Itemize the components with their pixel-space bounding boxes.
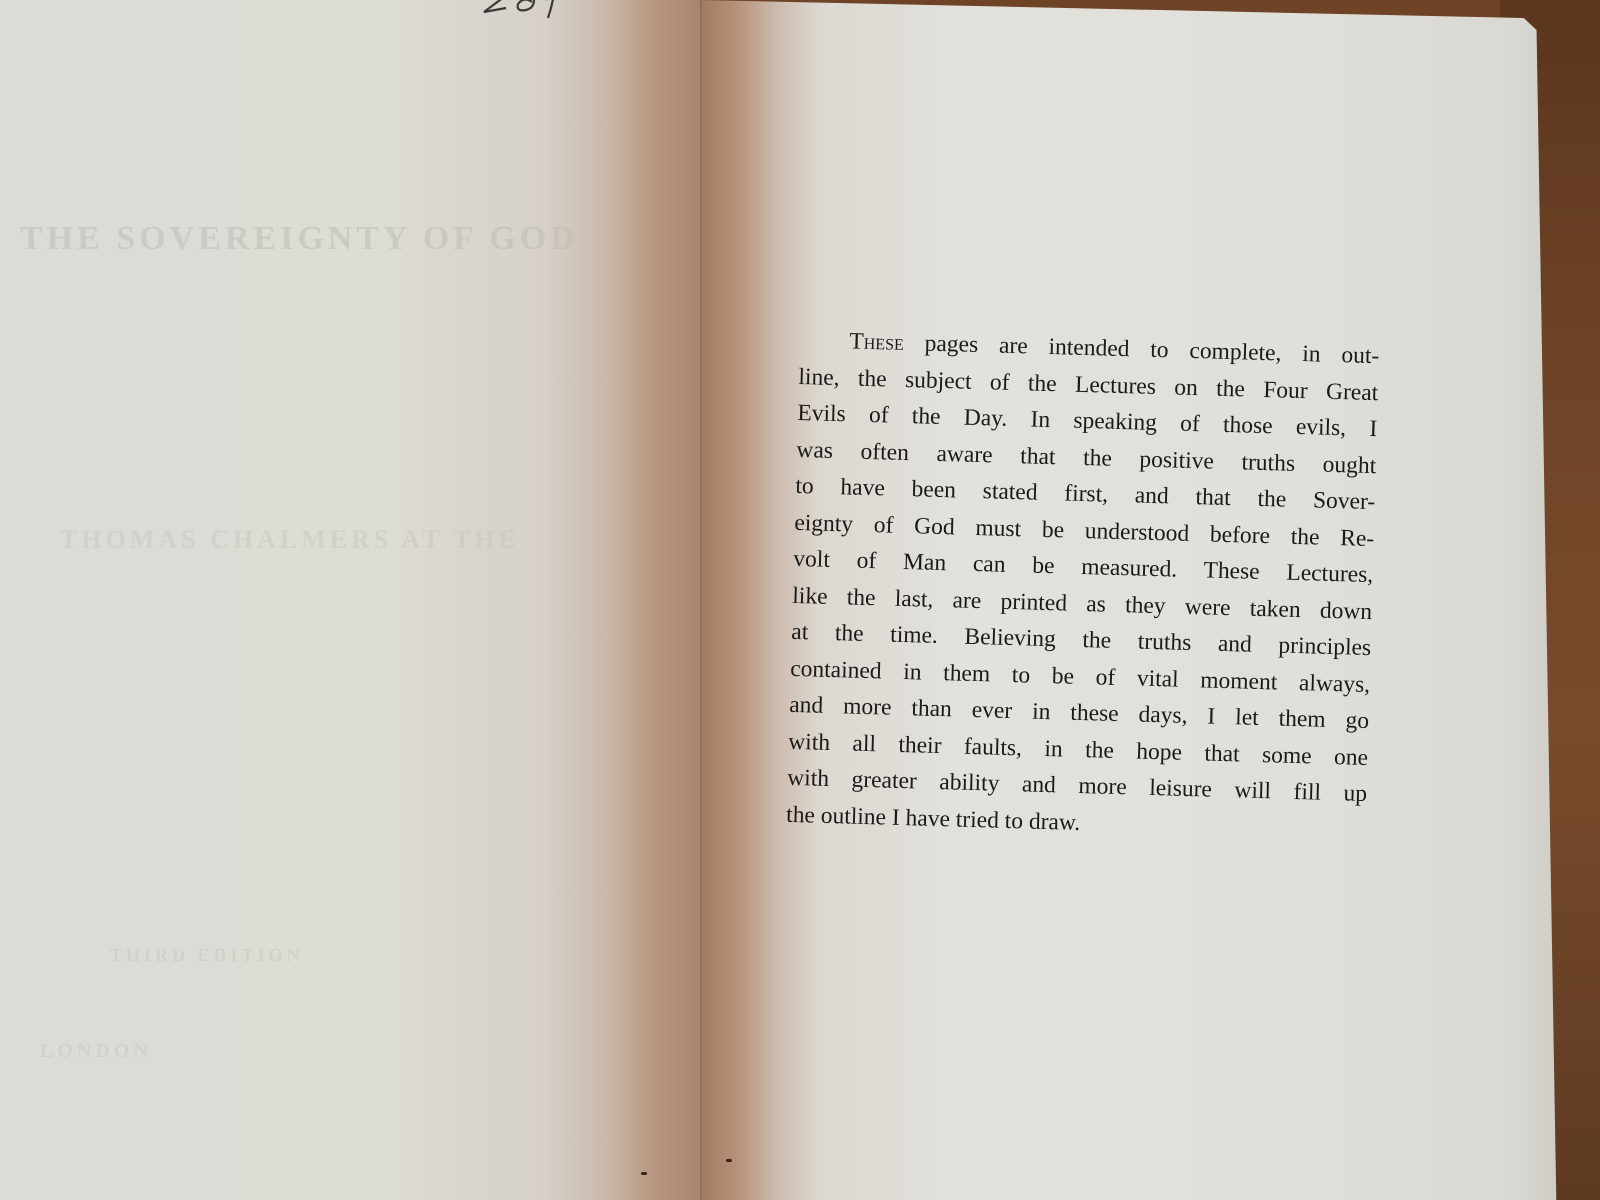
bleedthrough-title: THE SOVEREIGNTY OF GOD (20, 220, 579, 258)
left-page: THE SOVEREIGNTY OF GOD THOMAS CHALMERS A… (0, 0, 700, 1200)
handwritten-note-icon (470, 0, 620, 40)
book-photo: THE SOVEREIGNTY OF GOD THOMAS CHALMERS A… (0, 0, 1600, 1200)
speck (726, 1159, 732, 1162)
bleedthrough-author: THOMAS CHALMERS AT THE (60, 525, 520, 555)
bleedthrough-imprint: LONDON (40, 1040, 152, 1063)
book-gutter (700, 0, 702, 1200)
bleedthrough-edition: THIRD EDITION (110, 945, 304, 966)
opening-word: These (849, 328, 904, 356)
preface-paragraph: These pages are intended to complete, in… (786, 322, 1380, 849)
speck (641, 1172, 647, 1175)
